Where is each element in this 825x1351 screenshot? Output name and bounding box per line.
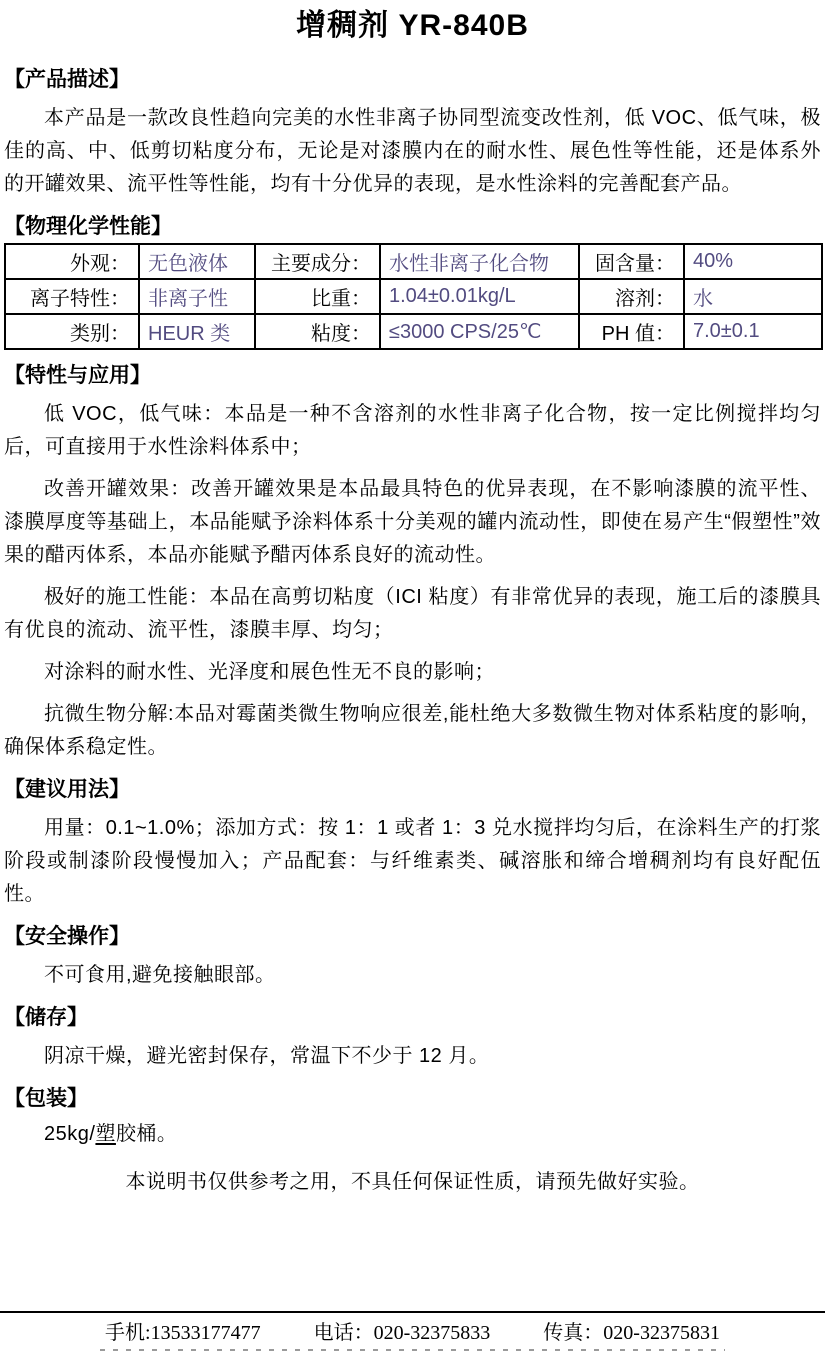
table-value-solid-content: 40%	[684, 244, 822, 279]
table-value-solvent: 水	[684, 279, 822, 314]
table-value-ph: 7.0±0.1	[684, 314, 822, 349]
section-heading-storage: 【储存】	[4, 1005, 821, 1031]
packaging-text-suffix: 胶桶。	[116, 1123, 178, 1145]
table-value-viscosity: ≤3000 CPS/25℃	[380, 314, 579, 349]
packaging-text-underlined: 塑	[95, 1123, 116, 1145]
table-row: 离子特性： 非离子性 比重： 1.04±0.01kg/L 溶剂： 水	[5, 279, 822, 314]
table-label-ionic-character: 离子特性：	[5, 279, 139, 314]
table-label-solid-content: 固含量：	[579, 244, 684, 279]
table-value-specific-gravity: 1.04±0.01kg/L	[380, 279, 579, 314]
footer-mobile: 手机:13533177477	[105, 1322, 261, 1344]
features-paragraph-application: 极好的施工性能：本品在高剪切粘度（ICI 粘度）有非常优异的表现，施工后的漆膜具…	[4, 581, 821, 647]
features-paragraph-can-effect: 改善开罐效果：改善开罐效果是本品最具特色的优异表现，在不影响漆膜的流平性、漆膜厚…	[4, 473, 821, 572]
table-label-main-component: 主要成分：	[255, 244, 380, 279]
table-label-viscosity: 粘度：	[255, 314, 380, 349]
physical-properties-table: 外观： 无色液体 主要成分： 水性非离子化合物 固含量： 40% 离子特性： 非…	[4, 243, 823, 350]
packaging-paragraph: 25kg/塑胶桶。	[4, 1118, 821, 1151]
packaging-text-prefix: 25kg/	[44, 1123, 95, 1145]
page-title: 增稠剂 YR-840B	[4, 6, 821, 46]
section-heading-safety: 【安全操作】	[4, 924, 821, 950]
features-paragraph-anti-microbial: 抗微生物分解:本品对霉菌类微生物响应很差,能杜绝大多数微生物对体系粘度的影响，确…	[4, 698, 821, 764]
datasheet-page: 增稠剂 YR-840B 【产品描述】 本产品是一款改良性趋向完美的水性非离子协同…	[0, 6, 825, 1199]
table-row: 类别： HEUR 类 粘度： ≤3000 CPS/25℃ PH 值： 7.0±0…	[5, 314, 822, 349]
page-footer: 手机:13533177477 电话：020-32375833 传真：020-32…	[0, 1311, 825, 1351]
table-label-appearance: 外观：	[5, 244, 139, 279]
footer-fax: 传真：020-32375831	[543, 1322, 720, 1344]
section-heading-product-description: 【产品描述】	[4, 67, 821, 93]
features-paragraph-low-voc: 低 VOC，低气味：本品是一种不含溶剂的水性非离子化合物，按一定比例搅拌均匀后，…	[4, 398, 821, 464]
safety-paragraph: 不可食用,避免接触眼部。	[4, 959, 821, 992]
table-label-ph: PH 值：	[579, 314, 684, 349]
table-value-ionic-character: 非离子性	[139, 279, 255, 314]
footer-phone: 电话：020-32375833	[314, 1322, 491, 1344]
table-label-category: 类别：	[5, 314, 139, 349]
table-row: 外观： 无色液体 主要成分： 水性非离子化合物 固含量： 40%	[5, 244, 822, 279]
table-label-solvent: 溶剂：	[579, 279, 684, 314]
table-value-category: HEUR 类	[139, 314, 255, 349]
table-value-appearance: 无色液体	[139, 244, 255, 279]
section-heading-physical-properties: 【物理化学性能】	[4, 214, 821, 240]
disclaimer-text: 本说明书仅供参考之用，不具任何保证性质，请预先做好实验。	[4, 1166, 821, 1199]
product-description-paragraph: 本产品是一款改良性趋向完美的水性非离子协同型流变改性剂，低 VOC、低气味，极佳…	[4, 102, 821, 201]
features-paragraph-water-resistance: 对涂料的耐水性、光泽度和展色性无不良的影响；	[4, 656, 821, 689]
section-heading-usage: 【建议用法】	[4, 777, 821, 803]
table-label-specific-gravity: 比重：	[255, 279, 380, 314]
usage-paragraph: 用量：0.1~1.0%；添加方式：按 1：1 或者 1：3 兑水搅拌均匀后，在涂…	[4, 812, 821, 911]
section-heading-features: 【特性与应用】	[4, 363, 821, 389]
section-heading-packaging: 【包装】	[4, 1086, 821, 1112]
storage-paragraph: 阴凉干燥，避光密封保存，常温下不少于 12 月。	[4, 1040, 821, 1073]
table-value-main-component: 水性非离子化合物	[380, 244, 579, 279]
